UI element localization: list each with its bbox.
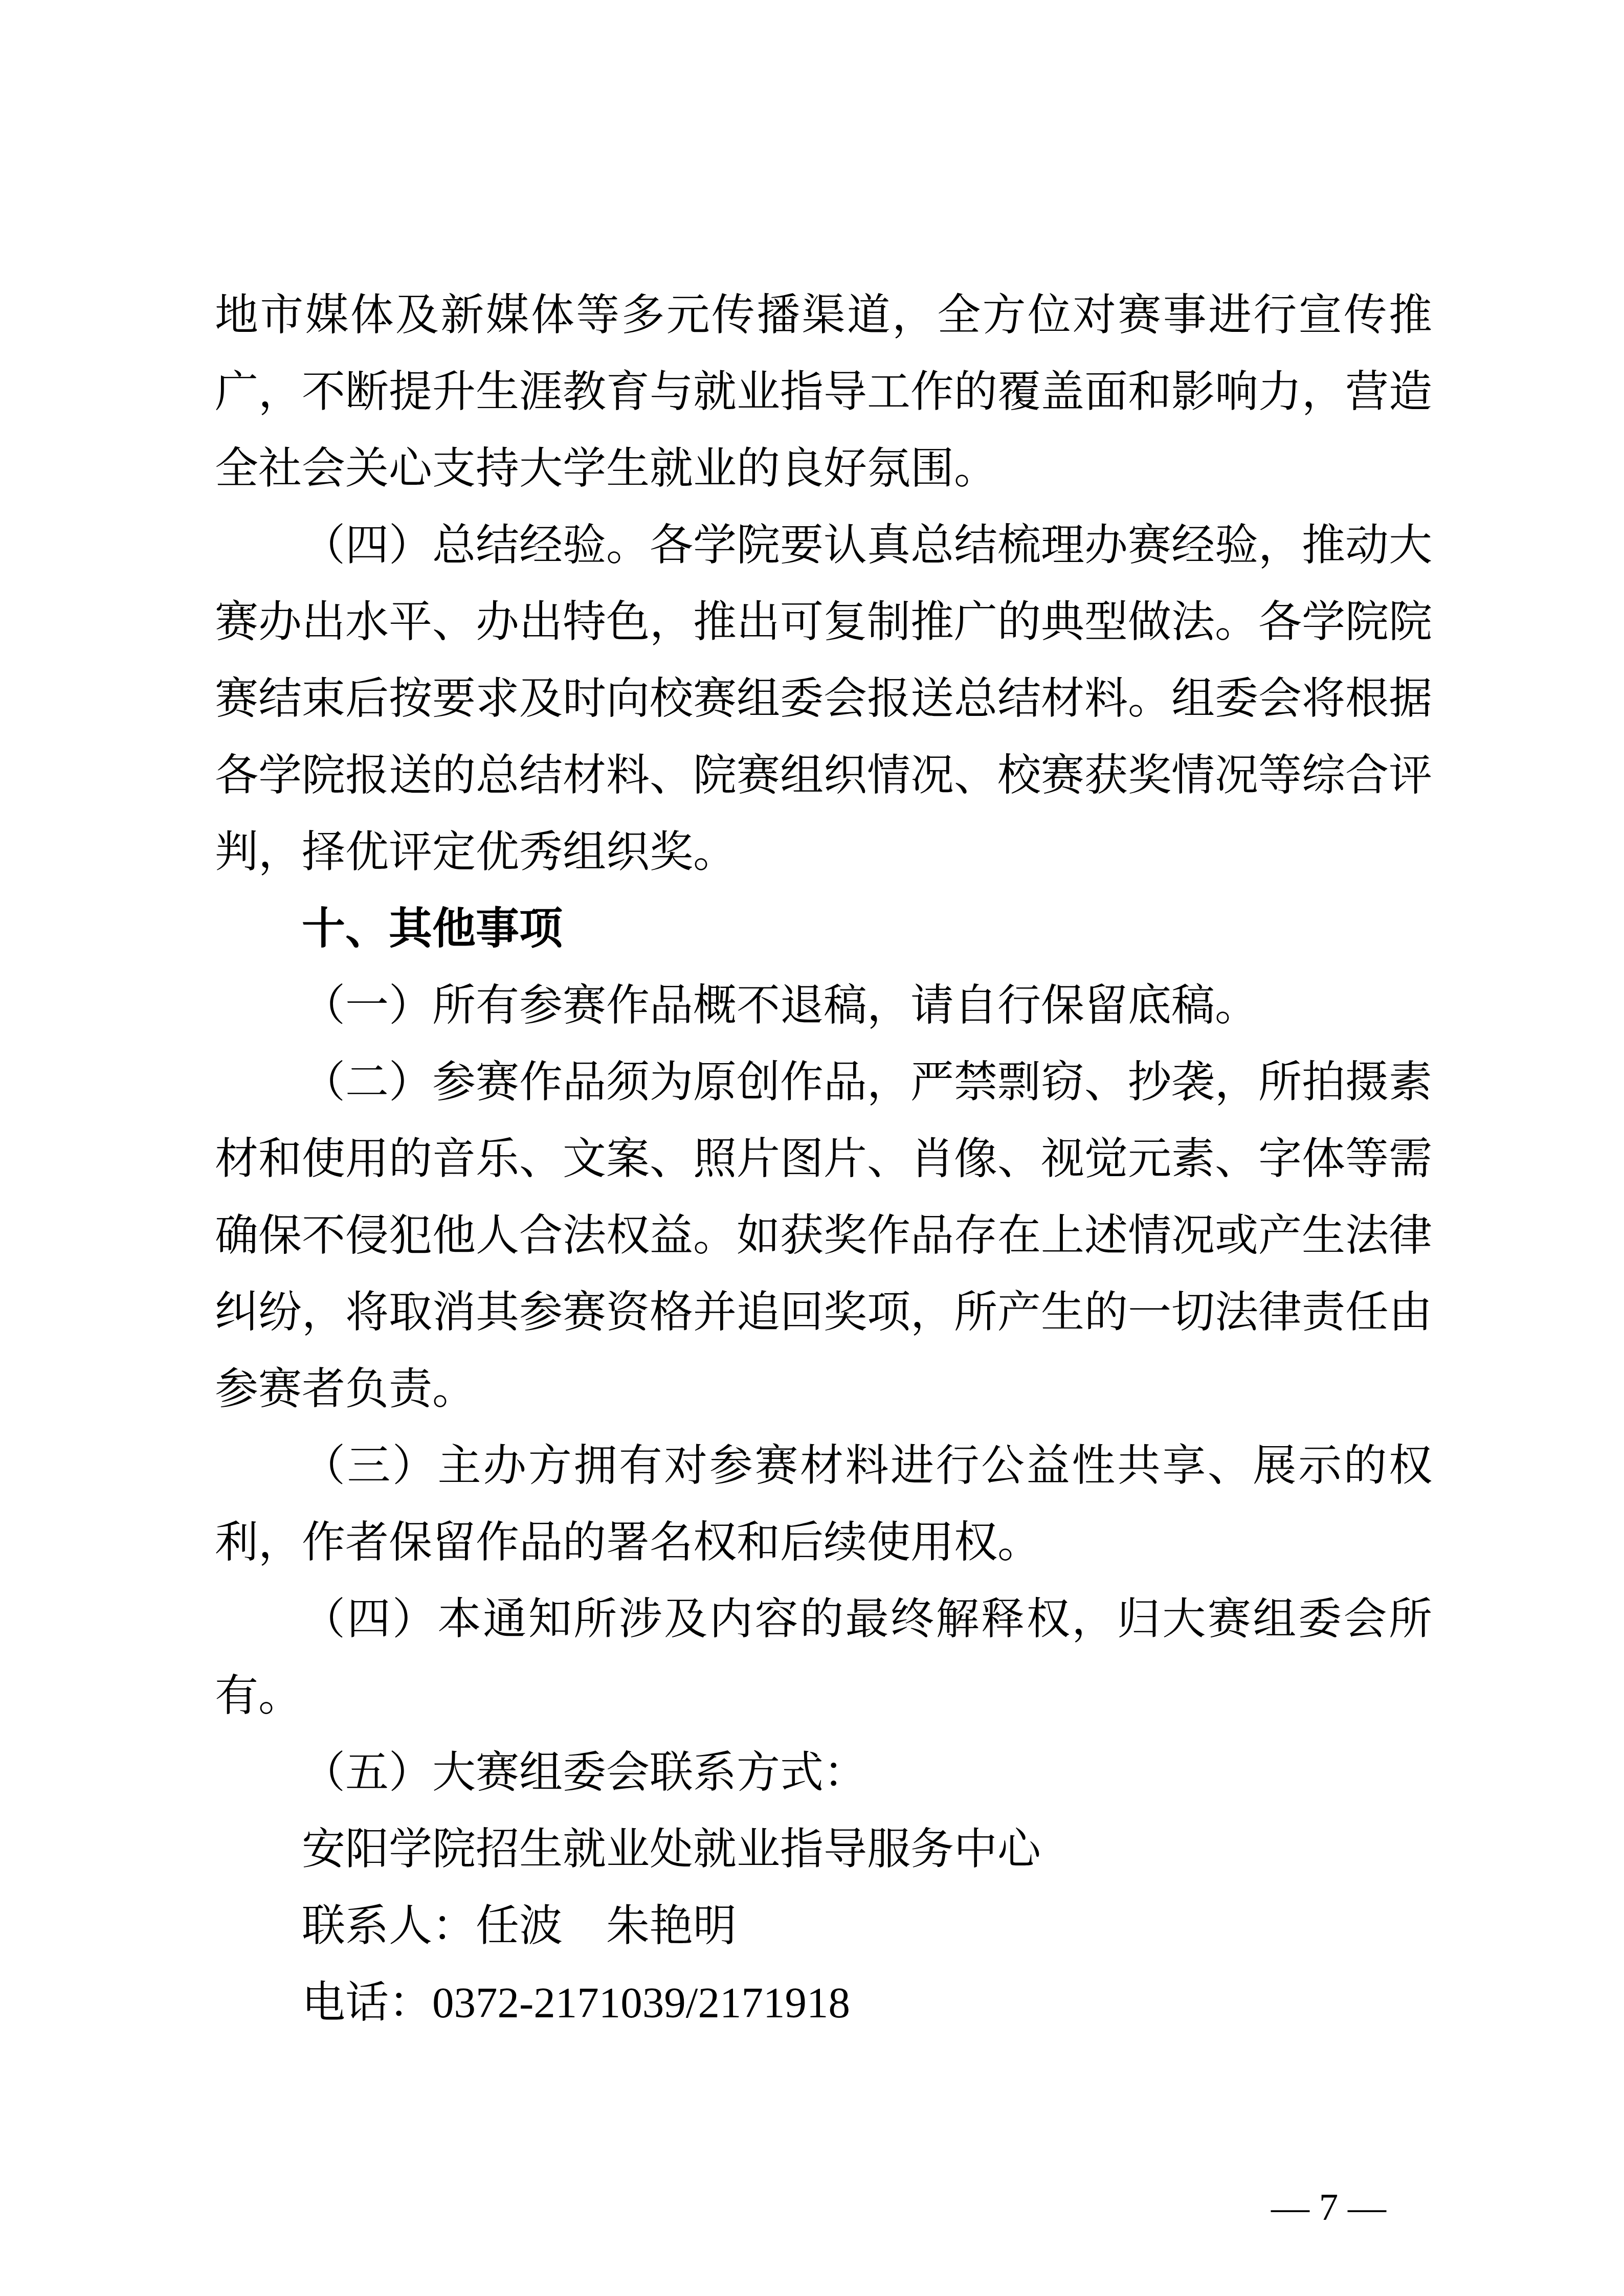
contact-persons-line: 联系人：任波 朱艳明: [215, 1888, 1432, 1965]
paragraph-other-3: （三）主办方拥有对参赛材料进行公益性共享、展示的权利，作者保留作品的署名权和后续…: [215, 1428, 1432, 1581]
paragraph-continuation: 地市媒体及新媒体等多元传播渠道，全方位对赛事进行宣传推广，不断提升生涯教育与就业…: [215, 277, 1432, 507]
section-heading-other-matters: 十、其他事项: [215, 891, 1432, 967]
paragraph-other-2: （二）参赛作品须为原创作品，严禁剽窃、抄袭，所拍摄素材和使用的音乐、文案、照片图…: [215, 1044, 1432, 1428]
contact-phone-line: 电话：0372-2171039/2171918: [215, 1965, 1432, 2041]
document-body: 地市媒体及新媒体等多元传播渠道，全方位对赛事进行宣传推广，不断提升生涯教育与就业…: [215, 277, 1432, 2041]
contact-organization-line: 安阳学院招生就业处就业指导服务中心: [215, 1811, 1432, 1888]
paragraph-other-1: （一）所有参赛作品概不退稿，请自行保留底稿。: [215, 967, 1432, 1044]
paragraph-item-4-summary: （四）总结经验。各学院要认真总结梳理办赛经验，推动大赛办出水平、办出特色，推出可…: [215, 507, 1432, 891]
paragraph-other-5-contact-intro: （五）大赛组委会联系方式：: [215, 1735, 1432, 1811]
document-page: 地市媒体及新媒体等多元传播渠道，全方位对赛事进行宣传推广，不断提升生涯教育与就业…: [0, 0, 1624, 2296]
paragraph-other-4: （四）本通知所涉及内容的最终解释权，归大赛组委会所有。: [215, 1581, 1432, 1735]
page-number: — 7 —: [215, 2169, 1432, 2246]
